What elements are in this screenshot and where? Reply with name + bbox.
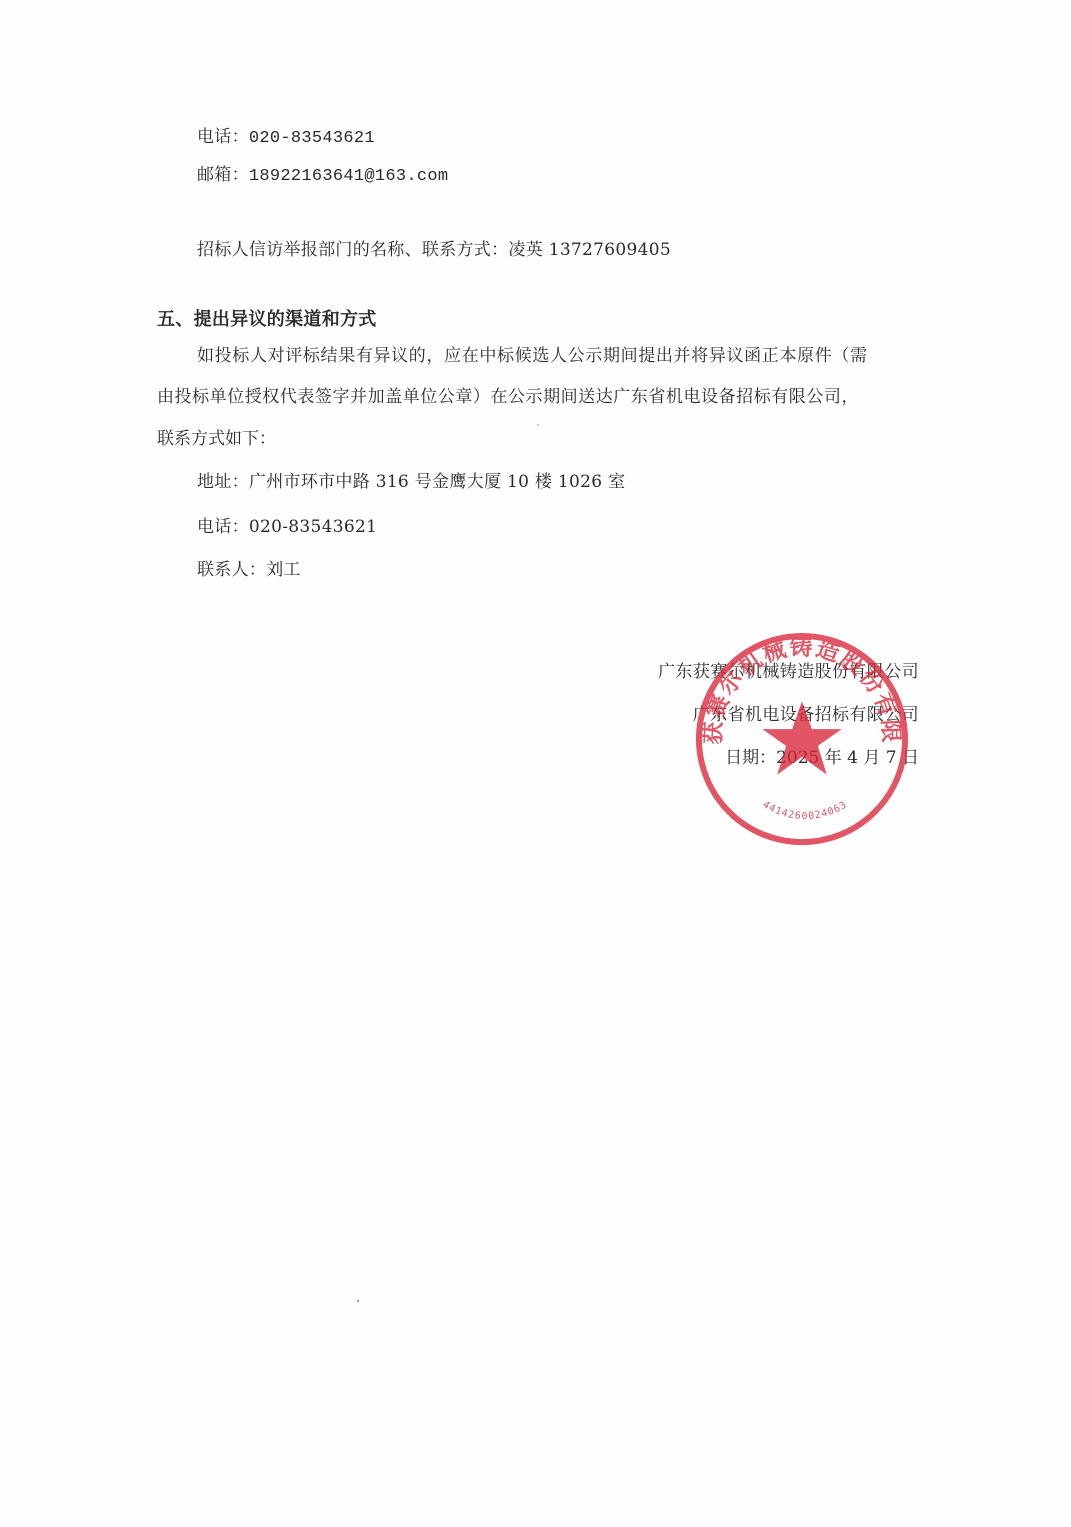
scan-speck (357, 1300, 359, 1302)
paragraph-line-1: 如投标人对评标结果有异议的，应在中标候选人公示期间提出并将异议函正本原件（需 (197, 345, 868, 367)
signature-company-2: 广东省机电设备招标有限公司 (693, 704, 919, 726)
signature-company-1: 广东获赛尔机械铸造股份有限公司 (658, 661, 919, 683)
email-value: 18922163641@163.com (249, 167, 449, 186)
seal-company-text: 广东获赛尔机械铸造股份有限公司 (693, 630, 904, 745)
seal-code-text: 4414260024063 (761, 799, 850, 822)
document-page: 电话：020-83543621 邮箱：18922163641@163.com 招… (0, 0, 1071, 1527)
phone-value: 020-83543621 (249, 129, 375, 148)
top-email-line: 邮箱：18922163641@163.com (197, 164, 448, 188)
phone-line: 电话：020-83543621 (197, 516, 377, 538)
address-line: 地址：广州市环市中路 316 号金鹰大厦 10 楼 1026 室 (197, 471, 625, 493)
top-phone-line: 电话：020-83543621 (197, 126, 375, 150)
paragraph-line-3: 联系方式如下： (157, 428, 276, 450)
section-five-heading: 五、提出异议的渠道和方式 (157, 309, 377, 331)
scan-speck (537, 424, 539, 426)
complaint-contact-line: 招标人信访举报部门的名称、联系方式：凌英 13727609405 (197, 239, 671, 261)
phone-label: 电话： (197, 127, 249, 147)
contact-person-line: 联系人：刘工 (197, 559, 301, 581)
email-label: 邮箱： (197, 165, 249, 185)
paragraph-line-2: 由投标单位授权代表签字并加盖单位公章）在公示期间送达广东省机电设备招标有限公司， (157, 386, 859, 408)
signature-date: 日期：2025 年 4 月 7 日 (725, 747, 919, 769)
